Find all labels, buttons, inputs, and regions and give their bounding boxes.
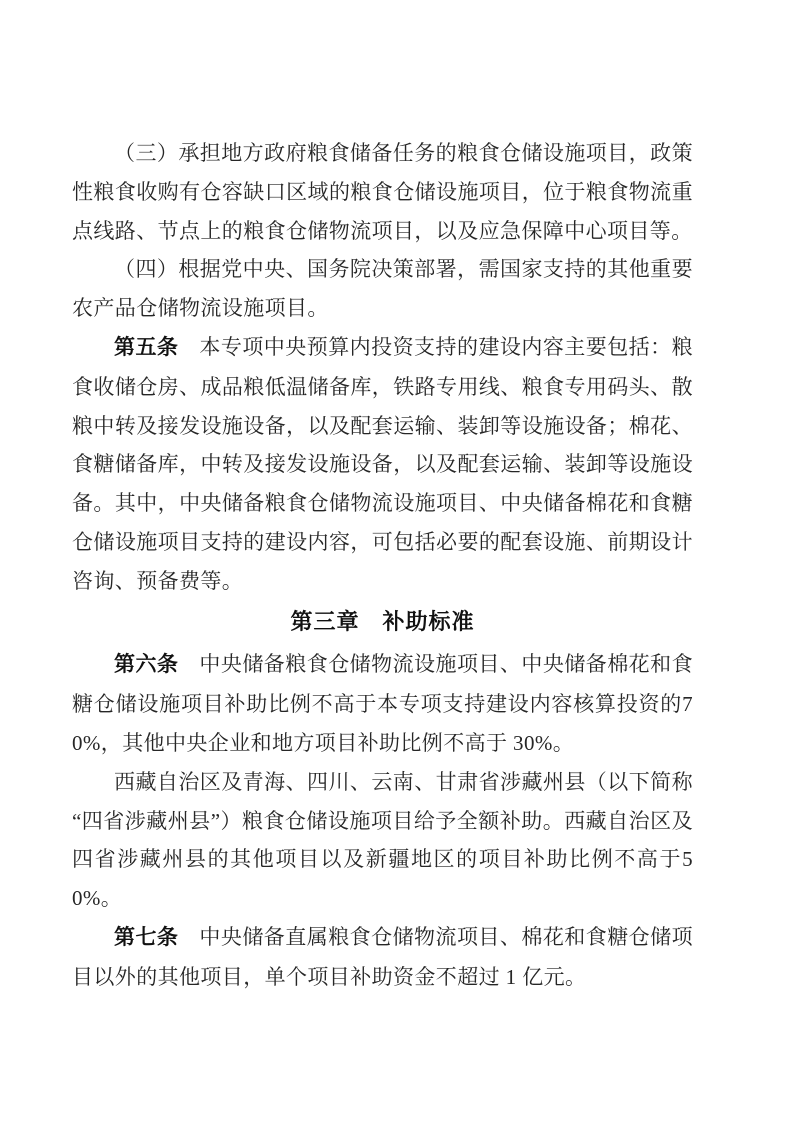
chapter-heading: 第三章 补助标准 xyxy=(72,603,693,642)
document-body: （三）承担地方政府粮食储备任务的粮食仓储设施项目，政策性粮食收购有仓容缺口区域的… xyxy=(72,134,693,997)
article-term: 第七条 xyxy=(114,926,178,949)
paragraph-text: （四）根据党中央、国务院决策部署，需国家支持的其他重要农产品仓储物流设施项目。 xyxy=(72,257,693,320)
paragraph: 第七条中央储备直属粮食仓储物流项目、棉花和食糖仓储项目以外的其他项目，单个项目补… xyxy=(72,918,693,997)
paragraph: 第五条本专项中央预算内投资支持的建设内容主要包括：粮食收储仓房、成品粮低温储备库… xyxy=(72,328,693,601)
article-term: 第六条 xyxy=(114,653,178,676)
paragraph: （四）根据党中央、国务院决策部署，需国家支持的其他重要农产品仓储物流设施项目。 xyxy=(72,250,693,328)
paragraph-text: 西藏自治区及青海、四川、云南、甘肃省涉藏州县（以下简称“四省涉藏州县”）粮食仓储… xyxy=(72,770,693,910)
paragraph: 第六条中央储备粮食仓储物流设施项目、中央储备棉花和食糖仓储设施项目补助比例不高于… xyxy=(72,645,693,762)
article-term: 第五条 xyxy=(114,336,178,359)
paragraph: （三）承担地方政府粮食储备任务的粮食仓储设施项目，政策性粮食收购有仓容缺口区域的… xyxy=(72,134,693,250)
paragraph-text: 本专项中央预算内投资支持的建设内容主要包括：粮食收储仓房、成品粮低温储备库，铁路… xyxy=(72,335,693,593)
document-page: （三）承担地方政府粮食储备任务的粮食仓储设施项目，政策性粮食收购有仓容缺口区域的… xyxy=(0,0,793,1122)
paragraph-text: （三）承担地方政府粮食储备任务的粮食仓储设施项目，政策性粮食收购有仓容缺口区域的… xyxy=(72,141,693,243)
paragraph: 西藏自治区及青海、四川、云南、甘肃省涉藏州县（以下简称“四省涉藏州县”）粮食仓储… xyxy=(72,763,693,918)
